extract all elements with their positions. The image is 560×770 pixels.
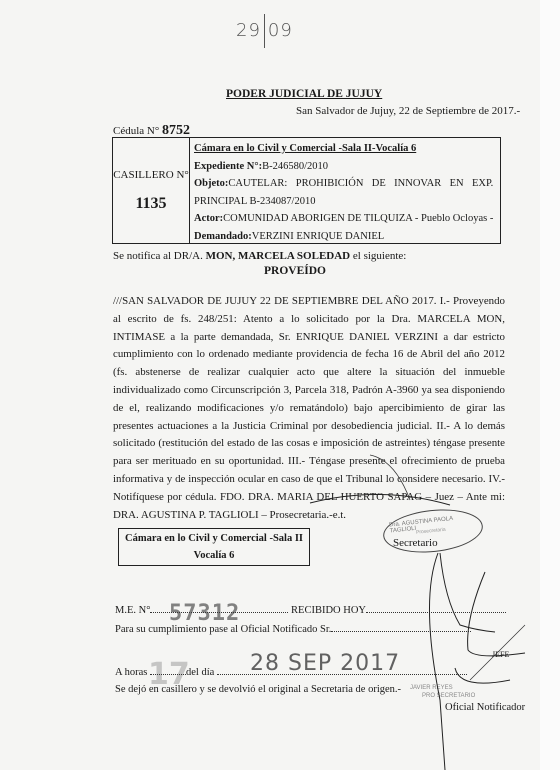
expediente-value: B-246580/2010 xyxy=(262,161,328,172)
demandado: Demandado:VERZINI ENRIQUE DANIEL xyxy=(194,228,493,246)
casillero-cell: CASILLERO N° 1135 xyxy=(113,138,190,243)
place-date: San Salvador de Jujuy, 22 de Septiembre … xyxy=(296,105,520,117)
horas-label: A horas xyxy=(115,667,147,678)
pase-line: Para su cumplimiento pase al Oficial Not… xyxy=(115,622,471,635)
oficial-notificador-label: Oficial Notificador xyxy=(445,702,525,713)
case-box: CASILLERO N° 1135 Cámara en lo Civil y C… xyxy=(112,137,501,244)
dejo-line: Se dejó en casillero y se devolvió el or… xyxy=(115,684,401,695)
me-label: M.E. N° xyxy=(115,605,150,616)
demandado-value: VERZINI ENRIQUE DANIEL xyxy=(252,231,384,242)
actor: Actor:COMUNIDAD ABORIGEN DE TILQUIZA - P… xyxy=(194,210,493,228)
objeto-value-cont: PRINCIPAL B-234087/2010 xyxy=(194,193,493,211)
court-box-line2: Vocalía 6 xyxy=(119,547,309,564)
objeto-value: CAUTELAR: PROHIBICIÓN DE INNOVAR EN EXP. xyxy=(228,178,493,189)
proveido-heading: PROVEÍDO xyxy=(0,265,540,277)
cedula-label: Cédula N° xyxy=(113,125,159,137)
jefe-label: JEFE xyxy=(492,650,509,659)
handwritten-date: 2909 xyxy=(236,14,293,48)
cedula-value: 8752 xyxy=(162,123,190,138)
casillero-label: CASILLERO N° xyxy=(113,169,189,181)
notifier-stamp: JAVIER REYES PRO SECRETARIO xyxy=(410,684,475,700)
pase-label: Para su cumplimiento pase al Oficial Not… xyxy=(115,624,331,635)
court-box: Cámara en lo Civil y Comercial -Sala II … xyxy=(118,528,310,566)
notif-suffix: el siguiente: xyxy=(353,250,406,262)
me-line: M.E. N° RECIBIDO HOY xyxy=(115,603,506,616)
stamp2-line2: PRO SECRETARIO xyxy=(410,692,475,700)
court-name: Cámara en lo Civil y Comercial -Sala II-… xyxy=(194,140,493,158)
casillero-number: 1135 xyxy=(135,195,166,213)
actor-value: COMUNIDAD ABORIGEN DE TILQUIZA - Pueblo … xyxy=(223,213,493,224)
scan-edge xyxy=(540,0,560,770)
horas-line: A horas del día xyxy=(115,665,467,678)
handwritten-day: 29 xyxy=(236,20,261,41)
notif-recipient: MON, MARCELA SOLEDAD xyxy=(206,250,351,262)
dia-label: del día xyxy=(186,667,214,678)
demandado-label: Demandado: xyxy=(194,231,252,242)
court-box-line1: Cámara en lo Civil y Comercial -Sala II xyxy=(119,530,309,547)
objeto-label: Objeto: xyxy=(194,178,228,189)
handwritten-month: 09 xyxy=(268,20,293,41)
body-text: ///SAN SALVADOR DE JUJUY 22 DE SEPTIEMBR… xyxy=(113,293,505,524)
secretario-label: Secretario xyxy=(393,537,438,549)
document-title: PODER JUDICIAL DE JUJUY xyxy=(226,88,382,100)
objeto: Objeto:CAUTELAR: PROHIBICIÓN DE INNOVAR … xyxy=(194,175,493,193)
expediente-label: Expediente N°: xyxy=(194,161,262,172)
notif-prefix: Se notifica al DR/A. xyxy=(113,250,203,262)
notification-line: Se notifica al DR/A. MON, MARCELA SOLEDA… xyxy=(113,250,406,262)
case-details: Cámara en lo Civil y Comercial -Sala II-… xyxy=(190,138,497,243)
stamp2-line1: JAVIER REYES xyxy=(410,684,475,692)
recibido-label: RECIBIDO HOY xyxy=(291,605,366,616)
actor-label: Actor: xyxy=(194,213,223,224)
expediente: Expediente N°:B-246580/2010 xyxy=(194,158,493,176)
